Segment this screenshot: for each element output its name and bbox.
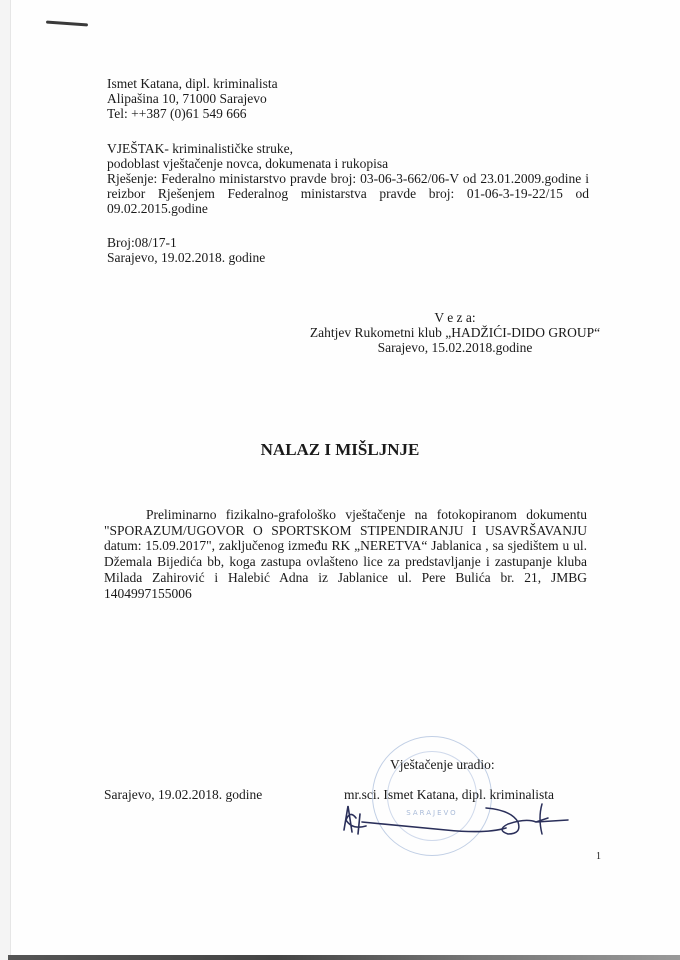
credentials-line-5: 09.02.2015.godine xyxy=(107,201,589,216)
body-line: "SPORAZUM/UGOVOR O SPORTSKOM STIPENDIRAN… xyxy=(104,523,587,539)
veza-block: V e z a: Zahtjev Rukometni klub „HADŽIĆI… xyxy=(290,310,620,355)
credentials-line-4: reizbor Rješenjem Federalnog ministarstv… xyxy=(107,186,589,201)
signature-icon xyxy=(336,800,576,840)
veza-label: V e z a: xyxy=(290,310,620,325)
credentials-line-2: podoblast vještačenje novca, dokumenata … xyxy=(107,156,589,171)
reference-block: Broj:08/17-1 Sarajevo, 19.02.2018. godin… xyxy=(107,235,265,265)
body-line: Milada Zahirović i Halebić Adna iz Jabla… xyxy=(104,570,587,586)
body-line: datum: 15.09.2017", zaključenog između R… xyxy=(104,538,587,554)
body-line: Džemala Bijedića bb, koga zastupa ovlašt… xyxy=(104,554,587,570)
credentials-line-1: VJEŠTAK- kriminalističke struke, xyxy=(107,141,589,156)
footer-date: Sarajevo, 19.02.2018. godine xyxy=(104,787,262,802)
body-paragraph: Preliminarno fizikalno-grafološko vješta… xyxy=(104,507,587,601)
author-header: Ismet Katana, dipl. kriminalista Alipaši… xyxy=(107,76,278,121)
signed-by-label: Vještačenje uradio: xyxy=(390,757,495,772)
author-name: Ismet Katana, dipl. kriminalista xyxy=(107,76,278,91)
reference-date: Sarajevo, 19.02.2018. godine xyxy=(107,250,265,265)
veza-date: Sarajevo, 15.02.2018.godine xyxy=(290,340,620,355)
credentials: VJEŠTAK- kriminalističke struke, podobla… xyxy=(107,141,589,216)
page-number: 1 xyxy=(596,849,601,864)
author-address: Alipašina 10, 71000 Sarajevo xyxy=(107,91,278,106)
document-title: NALAZ I MIŠLJNJE xyxy=(0,440,680,460)
veza-request: Zahtjev Rukometni klub „HADŽIĆI-DIDO GRO… xyxy=(290,325,620,340)
scan-edge xyxy=(8,955,680,960)
credentials-line-3: Rješenje: Federalno ministarstvo pravde … xyxy=(107,171,589,186)
reference-number: Broj:08/17-1 xyxy=(107,235,265,250)
body-line: Preliminarno fizikalno-grafološko vješta… xyxy=(104,507,587,523)
author-phone: Tel: ++387 (0)61 549 666 xyxy=(107,106,278,121)
body-line: 1404997155006 xyxy=(104,586,587,602)
